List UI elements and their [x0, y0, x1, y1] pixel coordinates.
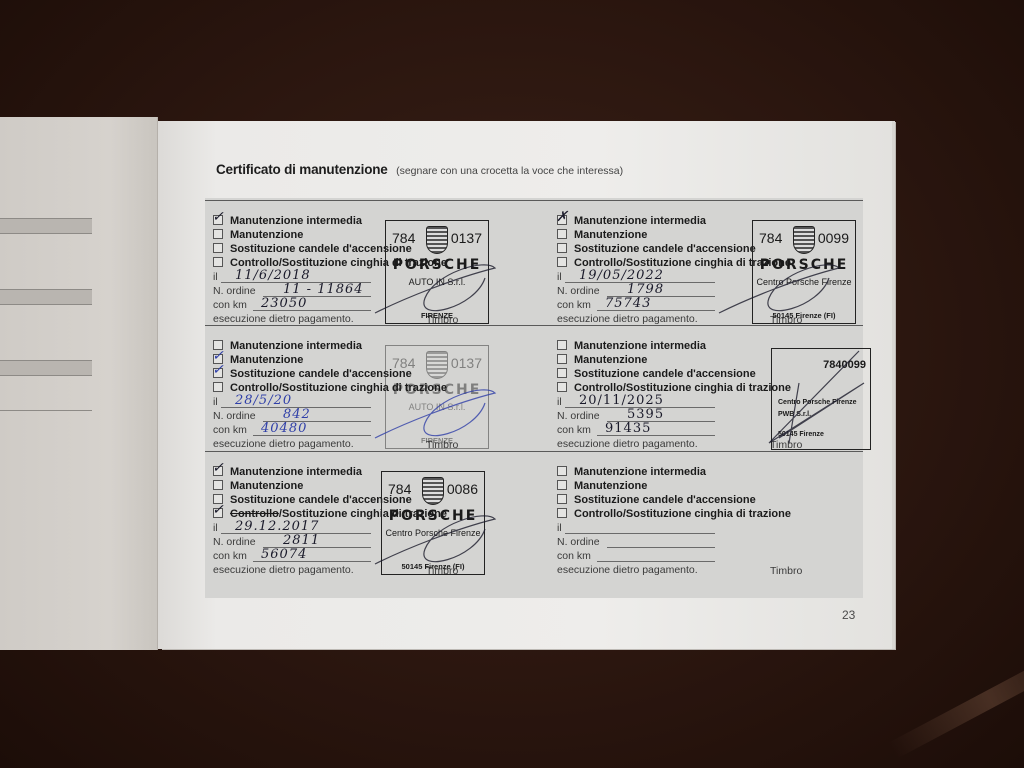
- order-label: N. ordine: [557, 410, 600, 422]
- order-field[interactable]: N. ordine1798: [557, 284, 600, 298]
- stamp-dealer: Centro Porsche Firenze: [382, 528, 484, 538]
- check-mark-icon: ✓: [212, 363, 224, 377]
- date-value: 28/5/20: [235, 394, 292, 408]
- checkbox[interactable]: [213, 257, 223, 267]
- km-label: con km: [557, 299, 591, 311]
- stamp-brand: PORSCHE: [753, 257, 855, 273]
- option-intermediate[interactable]: Manutenzione intermedia: [213, 339, 362, 353]
- checkbox[interactable]: ✓: [213, 508, 223, 518]
- payment-note: esecuzione dietro pagamento.: [213, 563, 354, 577]
- option-label: Manutenzione intermedia: [230, 466, 362, 478]
- date-label: il: [213, 396, 218, 408]
- stamp-company: PWB S.r.l.: [778, 411, 811, 418]
- checkbox[interactable]: [213, 243, 223, 253]
- km-label: con km: [213, 299, 247, 311]
- option-label: Manutenzione: [230, 480, 303, 492]
- km-label: con km: [213, 550, 247, 562]
- maintenance-entry-row1-left: ✓Manutenzione intermedia Manutenzione So…: [205, 204, 534, 334]
- stamp-dealer: Centro Porsche Firenze: [753, 277, 855, 287]
- date-field[interactable]: il11/6/2018: [213, 270, 218, 284]
- page-number: 23: [842, 608, 855, 622]
- date-field[interactable]: il20/11/2025: [557, 395, 562, 409]
- km-field[interactable]: con km: [557, 549, 591, 563]
- km-field[interactable]: con km40480: [213, 423, 247, 437]
- porsche-crest-icon: [793, 226, 815, 254]
- stamp-left-number: 784: [392, 355, 415, 371]
- option-intermediate[interactable]: ✓Manutenzione intermedia: [213, 465, 362, 479]
- stamp-brand: PORSCHE: [386, 382, 488, 398]
- maintenance-entry-row3-right: Manutenzione intermedia Manutenzione Sos…: [549, 455, 878, 585]
- date-label: il: [557, 271, 562, 283]
- order-field[interactable]: N. ordine842: [213, 409, 256, 423]
- option-maintenance[interactable]: ✓Manutenzione: [213, 353, 303, 367]
- payment-note: esecuzione dietro pagamento.: [213, 312, 354, 326]
- dealer-stamp: 7840099PORSCHECentro Porsche Firenze5014…: [752, 220, 856, 324]
- option-label: Manutenzione intermedia: [230, 215, 362, 227]
- km-value: 40480: [261, 422, 307, 436]
- left-page-line: [0, 410, 92, 411]
- option-label: Sostituzione candele d'accensione: [574, 243, 756, 255]
- page-header: Certificato di manutenzione (segnare con…: [216, 161, 623, 179]
- divider: [205, 200, 863, 201]
- option-intermediate[interactable]: ✗Manutenzione intermedia: [557, 214, 706, 228]
- order-label: N. ordine: [213, 410, 256, 422]
- payment-note: esecuzione dietro pagamento.: [557, 563, 698, 577]
- stamp-brand: PORSCHE: [382, 508, 484, 524]
- stamp-left-number: 784: [759, 230, 782, 246]
- checkbox[interactable]: [213, 229, 223, 239]
- checkbox[interactable]: [557, 229, 567, 239]
- stamp-right-number: 0099: [818, 230, 849, 246]
- dealer-stamp: 7840086PORSCHECentro Porsche Firenze5014…: [381, 471, 485, 575]
- option-label: Manutenzione: [574, 229, 647, 241]
- km-value: 23050: [261, 297, 307, 311]
- option-label: Sostituzione candele d'accensione: [574, 368, 756, 380]
- dealer-stamp: 7840137PORSCHEAUTO IN S.r.l.FIRENZE: [385, 220, 489, 324]
- stamp-dealer: Centro Porsche Firenze: [778, 399, 857, 406]
- km-field[interactable]: con km23050: [213, 298, 247, 312]
- dealer-stamp: 7840137PORSCHEAUTO IN S.r.l.FIRENZE: [385, 345, 489, 449]
- option-spark-plugs[interactable]: Sostituzione candele d'accensione: [557, 242, 756, 256]
- km-label: con km: [557, 550, 591, 562]
- option-spark-plugs[interactable]: Sostituzione candele d'accensione: [557, 493, 756, 507]
- left-page-bar: [0, 360, 92, 376]
- checkbox[interactable]: [557, 368, 567, 378]
- option-label: Manutenzione: [574, 480, 647, 492]
- check-mark-icon: ✓: [212, 349, 224, 363]
- maintenance-entry-row2-left: Manutenzione intermedia ✓Manutenzione ✓S…: [205, 329, 534, 459]
- checkbox[interactable]: ✓: [213, 466, 223, 476]
- order-value: 2811: [283, 534, 320, 548]
- option-maintenance[interactable]: Manutenzione: [213, 479, 303, 493]
- checkbox[interactable]: [557, 243, 567, 253]
- km-value: 91435: [605, 422, 651, 436]
- option-maintenance[interactable]: Manutenzione: [557, 228, 647, 242]
- option-maintenance[interactable]: Manutenzione: [557, 353, 647, 367]
- stamp-city: 50145 Firenze (FI): [382, 562, 484, 571]
- order-value: 842: [283, 408, 311, 422]
- option-intermediate[interactable]: Manutenzione intermedia: [557, 465, 706, 479]
- checkbox[interactable]: [557, 508, 567, 518]
- payment-note: esecuzione dietro pagamento.: [557, 312, 698, 326]
- option-label: Manutenzione intermedia: [574, 215, 706, 227]
- date-label: il: [557, 522, 562, 534]
- payment-note: esecuzione dietro pagamento.: [213, 437, 354, 451]
- km-field[interactable]: con km56074: [213, 549, 247, 563]
- checkbox[interactable]: [557, 382, 567, 392]
- option-intermediate[interactable]: ✓Manutenzione intermedia: [213, 214, 362, 228]
- option-label: Manutenzione: [230, 229, 303, 241]
- check-mark-icon: ✓: [212, 461, 224, 475]
- date-field[interactable]: il28/5/20: [213, 395, 218, 409]
- left-page-bar: [0, 218, 92, 234]
- checkbox[interactable]: [557, 466, 567, 476]
- date-field[interactable]: il29.12.2017: [213, 521, 218, 535]
- km-value: 56074: [261, 548, 307, 562]
- stamp-left-number: 784: [388, 481, 411, 497]
- order-value: 5395: [627, 408, 664, 422]
- maintenance-entry-row2-right: Manutenzione intermedia Manutenzione Sos…: [549, 329, 878, 459]
- stamp-right-number: 0137: [451, 355, 482, 371]
- option-label: Manutenzione intermedia: [230, 340, 362, 352]
- dealer-stamp: 7840099Centro Porsche FirenzePWB S.r.l.5…: [771, 348, 871, 450]
- order-field[interactable]: N. ordine11 - 11864: [213, 284, 256, 298]
- stamp-label: Timbro: [770, 565, 802, 577]
- checkbox[interactable]: [557, 340, 567, 350]
- option-drive-belt[interactable]: Controllo/Sostituzione cinghia di trazio…: [557, 507, 791, 521]
- option-spark-plugs[interactable]: Sostituzione candele d'accensione: [557, 367, 756, 381]
- option-label: Manutenzione: [574, 354, 647, 366]
- date-value: 20/11/2025: [579, 394, 664, 408]
- option-label: Sostituzione candele d'accensione: [574, 494, 756, 506]
- cross-mark-icon: ✗: [556, 210, 568, 224]
- maintenance-entry-row1-right: ✗Manutenzione intermedia Manutenzione So…: [549, 204, 878, 334]
- left-page-bar: [0, 289, 92, 305]
- order-field[interactable]: N. ordine2811: [213, 535, 256, 549]
- date-label: il: [213, 271, 218, 283]
- check-mark-icon: ✓: [212, 210, 224, 224]
- porsche-crest-icon: [426, 351, 448, 379]
- date-value: 29.12.2017: [235, 520, 319, 534]
- check-mark-icon: ✓: [212, 503, 224, 517]
- km-field[interactable]: con km75743: [557, 298, 591, 312]
- left-page: [0, 117, 158, 650]
- stamp-city: 50145 Firenze: [778, 431, 824, 438]
- date-value: 19/05/2022: [579, 269, 664, 283]
- stamp-right-number: 0137: [451, 230, 482, 246]
- maintenance-entry-row3-left: ✓Manutenzione intermedia Manutenzione So…: [205, 455, 534, 585]
- stamp-dealer: AUTO IN S.r.l.: [386, 402, 488, 412]
- stamp-city: FIRENZE: [386, 311, 488, 320]
- checkbox[interactable]: ✗: [557, 215, 567, 225]
- order-field[interactable]: N. ordine5395: [557, 409, 600, 423]
- date-label: il: [213, 522, 218, 534]
- option-maintenance[interactable]: Manutenzione: [557, 479, 647, 493]
- page-subtitle: (segnare con una crocetta la voce che in…: [396, 165, 623, 177]
- porsche-crest-icon: [422, 477, 444, 505]
- option-spark-plugs[interactable]: Sostituzione candele d'accensione: [213, 242, 412, 256]
- km-label: con km: [557, 424, 591, 436]
- stamp-dealer: AUTO IN S.r.l.: [386, 277, 488, 287]
- payment-note: esecuzione dietro pagamento.: [557, 437, 698, 451]
- porsche-crest-icon: [426, 226, 448, 254]
- km-value: 75743: [605, 297, 651, 311]
- option-label: Controllo/Sostituzione cinghia di trazio…: [574, 508, 791, 520]
- option-intermediate[interactable]: Manutenzione intermedia: [557, 339, 706, 353]
- order-field[interactable]: N. ordine: [557, 535, 600, 549]
- order-label: N. ordine: [557, 536, 600, 548]
- stamp-left-number: 784: [392, 230, 415, 246]
- option-label: Manutenzione: [230, 354, 303, 366]
- maintenance-form: ✓Manutenzione intermedia Manutenzione So…: [205, 198, 863, 598]
- stamp-right-number: 0086: [447, 481, 478, 497]
- checkbox[interactable]: [557, 257, 567, 267]
- order-label: N. ordine: [557, 285, 600, 297]
- checkbox[interactable]: ✓: [213, 368, 223, 378]
- order-label: N. ordine: [213, 536, 256, 548]
- right-page: Certificato di manutenzione (segnare con…: [158, 121, 892, 649]
- option-spark-plugs[interactable]: ✓Sostituzione candele d'accensione: [213, 367, 412, 381]
- option-maintenance[interactable]: Manutenzione: [213, 228, 303, 242]
- order-value: 1798: [627, 283, 664, 297]
- option-label: Manutenzione intermedia: [574, 466, 706, 478]
- stamp-city: 50145 Firenze (FI): [753, 311, 855, 320]
- table-reflection: [889, 639, 1024, 758]
- option-label: Manutenzione intermedia: [574, 340, 706, 352]
- checkbox[interactable]: ✓: [213, 215, 223, 225]
- checkbox[interactable]: [213, 382, 223, 392]
- order-label: N. ordine: [213, 285, 256, 297]
- checkbox[interactable]: [557, 494, 567, 504]
- km-label: con km: [213, 424, 247, 436]
- page-title: Certificato di manutenzione: [216, 162, 388, 177]
- date-label: il: [557, 396, 562, 408]
- checkbox[interactable]: [557, 354, 567, 364]
- checkbox[interactable]: [213, 480, 223, 490]
- stamp-city: FIRENZE: [386, 436, 488, 445]
- checkbox[interactable]: [557, 480, 567, 490]
- date-field[interactable]: il19/05/2022: [557, 270, 562, 284]
- stamp-brand: PORSCHE: [386, 257, 488, 273]
- km-field[interactable]: con km91435: [557, 423, 591, 437]
- date-field[interactable]: il: [557, 521, 562, 535]
- order-value: 11 - 11864: [283, 283, 364, 297]
- stamp-code: 7840099: [823, 359, 866, 371]
- date-value: 11/6/2018: [235, 269, 311, 283]
